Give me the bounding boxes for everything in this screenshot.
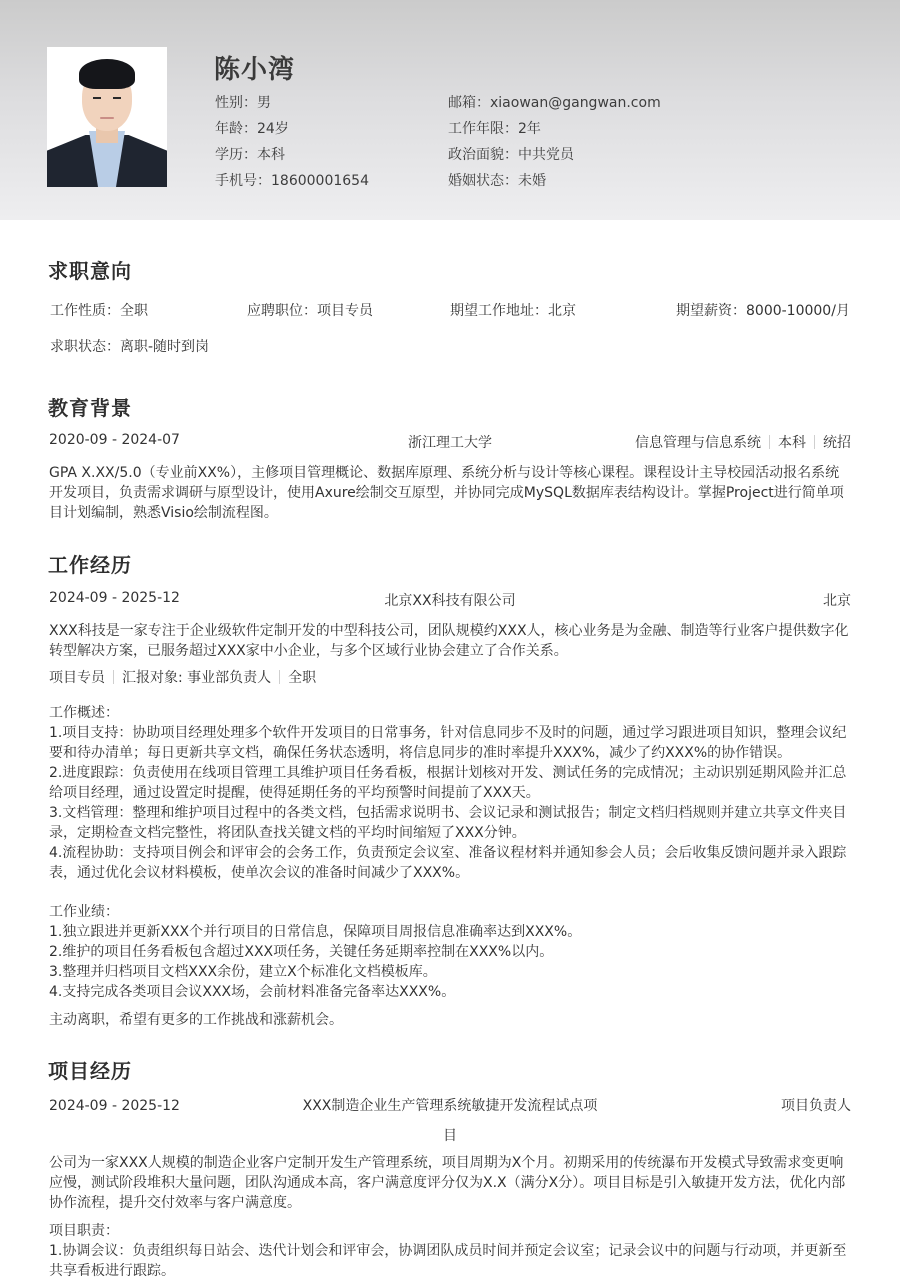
info-label: 邮箱： xyxy=(448,95,490,111)
intention-salary: 期望薪资：8000-10000/月 xyxy=(676,301,850,321)
project-role: 项目负责人 xyxy=(781,1091,851,1121)
education-header-row: 2020-09 - 2024-07 浙江理工大学 信息管理与信息系统本科统招 xyxy=(49,432,851,452)
work-report-to: 汇报对象: 事业部负责人 xyxy=(122,670,271,686)
section-title-work: 工作经历 xyxy=(48,549,132,578)
work-job-type: 全职 xyxy=(288,670,316,686)
work-overview: 工作概述： 1.项目支持：协助项目经理处理多个软件开发项目的日常事务，针对信息同… xyxy=(49,703,853,883)
project-duties-title: 项目职责： xyxy=(49,1221,853,1241)
intention-label: 工作性质： xyxy=(50,303,120,319)
info-email: 邮箱：xiaowan@gangwan.com xyxy=(448,92,661,118)
work-achievement-item: 4.支持完成各类项目会议XXX场，会前材料准备完备率达XXX%。 xyxy=(49,982,853,1002)
photo-eye-left xyxy=(93,97,101,99)
education-major: 信息管理与信息系统 xyxy=(635,435,761,451)
info-phone: 手机号：18600001654 xyxy=(215,170,369,196)
info-label: 学历： xyxy=(215,147,257,163)
work-location: 北京 xyxy=(601,590,851,610)
work-position: 项目专员 xyxy=(49,670,105,686)
education-period: 2020-09 - 2024-07 xyxy=(49,432,299,452)
education-type: 统招 xyxy=(823,435,851,451)
photo-mouth xyxy=(100,117,114,119)
project-duties: 项目职责： 1.协调会议：负责组织每日站会、迭代计划会和评审会，协调团队成员时间… xyxy=(49,1221,853,1275)
divider xyxy=(113,670,114,684)
intention-value: 离职-随时到岗 xyxy=(120,339,209,355)
info-label: 手机号： xyxy=(215,173,271,189)
info-political-status: 政治面貌：中共党员 xyxy=(448,144,661,170)
work-meta-row: 项目专员汇报对象: 事业部负责人全职 xyxy=(49,668,316,688)
intention-status: 求职状态：离职-随时到岗 xyxy=(50,337,209,357)
work-achievement-item: 3.整理并归档项目文档XXX余份，建立X个标准化文档模板库。 xyxy=(49,962,853,982)
intention-label: 应聘职位： xyxy=(247,303,317,319)
info-label: 年龄： xyxy=(215,121,257,137)
work-period: 2024-09 - 2025-12 xyxy=(49,590,299,610)
intention-value: 北京 xyxy=(548,303,576,319)
project-header-row: 2024-09 - 2025-12 XXX制造企业生产管理系统敏捷开发流程试点项… xyxy=(49,1091,851,1151)
info-value: 18600001654 xyxy=(271,173,369,189)
info-age: 年龄：24岁 xyxy=(215,118,369,144)
intention-work-type: 工作性质：全职 xyxy=(50,301,148,321)
candidate-name: 陈小湾 xyxy=(214,49,295,86)
work-overview-item: 1.项目支持：协助项目经理处理多个软件开发项目的日常事务，针对信息同步不及时的问… xyxy=(49,723,853,763)
info-label: 婚姻状态： xyxy=(448,173,518,189)
info-label: 性别： xyxy=(215,95,257,111)
basic-info-left: 性别：男 年龄：24岁 学历：本科 手机号：18600001654 xyxy=(215,92,369,196)
info-label: 工作年限： xyxy=(448,121,518,137)
work-overview-item: 3.文档管理：整理和维护项目过程中的各类文档，包括需求说明书、会议记录和测试报告… xyxy=(49,803,853,843)
project-description: 公司为一家XXX人规模的制造企业客户定制开发生产管理系统，项目周期为X个月。初期… xyxy=(49,1153,853,1213)
intention-value: 项目专员 xyxy=(317,303,373,319)
info-education: 学历：本科 xyxy=(215,144,369,170)
photo-eye-right xyxy=(113,97,121,99)
work-company-intro: XXX科技是一家专注于企业级软件定制开发的中型科技公司，团队规模约XXX人，核心… xyxy=(49,621,853,661)
intention-value: 全职 xyxy=(120,303,148,319)
education-school: 浙江理工大学 xyxy=(299,432,601,452)
info-value: 中共党员 xyxy=(518,147,574,163)
work-achievement-item: 2.维护的项目任务看板包含超过XXX项任务，关键任务延期率控制在XXX%以内。 xyxy=(49,942,853,962)
profile-photo xyxy=(47,47,167,187)
intention-location: 期望工作地址：北京 xyxy=(450,301,576,321)
basic-info-right: 邮箱：xiaowan@gangwan.com 工作年限：2年 政治面貌：中共党员… xyxy=(448,92,661,196)
info-value: 2年 xyxy=(518,121,541,137)
intention-position: 应聘职位：项目专员 xyxy=(247,301,373,321)
info-label: 政治面貌： xyxy=(448,147,518,163)
divider xyxy=(769,435,770,449)
work-overview-item: 2.进度跟踪：负责使用在线项目管理工具维护项目任务看板，根据计划核对开发、测试任… xyxy=(49,763,853,803)
work-achievements: 工作业绩： 1.独立跟进并更新XXX个并行项目的日常信息，保障项目周报信息准确率… xyxy=(49,902,853,1002)
section-title-intention: 求职意向 xyxy=(48,255,132,284)
work-header-row: 2024-09 - 2025-12 北京XX科技有限公司 北京 xyxy=(49,590,851,610)
work-overview-item: 4.流程协助：支持项目例会和评审会的会务工作，负责预定会议室、准备议程材料并通知… xyxy=(49,843,853,883)
info-marital-status: 婚姻状态：未婚 xyxy=(448,170,661,196)
work-company: 北京XX科技有限公司 xyxy=(299,590,601,610)
intention-value: 8000-10000/月 xyxy=(746,303,850,319)
info-value: 本科 xyxy=(257,147,285,163)
education-description: GPA X.XX/5.0（专业前XX%），主修项目管理概论、数据库原理、系统分析… xyxy=(49,463,853,523)
work-achievements-title: 工作业绩： xyxy=(49,902,853,922)
work-achievement-item: 1.独立跟进并更新XXX个并行项目的日常信息，保障项目周报信息准确率达到XXX%… xyxy=(49,922,853,942)
intention-label: 求职状态： xyxy=(50,339,120,355)
project-name: XXX制造企业生产管理系统敏捷开发流程试点项目 xyxy=(299,1091,601,1151)
education-major-degree: 信息管理与信息系统本科统招 xyxy=(601,432,851,452)
divider xyxy=(814,435,815,449)
project-period: 2024-09 - 2025-12 xyxy=(49,1091,180,1121)
intention-label: 期望工作地址： xyxy=(450,303,548,319)
info-value: 24岁 xyxy=(257,121,289,137)
education-degree: 本科 xyxy=(778,435,806,451)
profile-header: 陈小湾 性别：男 年龄：24岁 学历：本科 手机号：18600001654 邮箱… xyxy=(0,0,900,220)
section-title-project: 项目经历 xyxy=(48,1055,132,1084)
info-work-years: 工作年限：2年 xyxy=(448,118,661,144)
divider xyxy=(279,670,280,684)
photo-hair-shape xyxy=(79,59,135,89)
info-gender: 性别：男 xyxy=(215,92,369,118)
info-value: 未婚 xyxy=(518,173,546,189)
work-overview-title: 工作概述： xyxy=(49,703,853,723)
info-value: xiaowan@gangwan.com xyxy=(490,95,661,111)
intention-label: 期望薪资： xyxy=(676,303,746,319)
section-title-education: 教育背景 xyxy=(48,392,132,421)
work-leave-reason: 主动离职，希望有更多的工作挑战和涨薪机会。 xyxy=(49,1010,343,1030)
project-duty-item: 1.协调会议：负责组织每日站会、迭代计划会和评审会，协调团队成员时间并预定会议室… xyxy=(49,1241,853,1275)
info-value: 男 xyxy=(257,95,271,111)
